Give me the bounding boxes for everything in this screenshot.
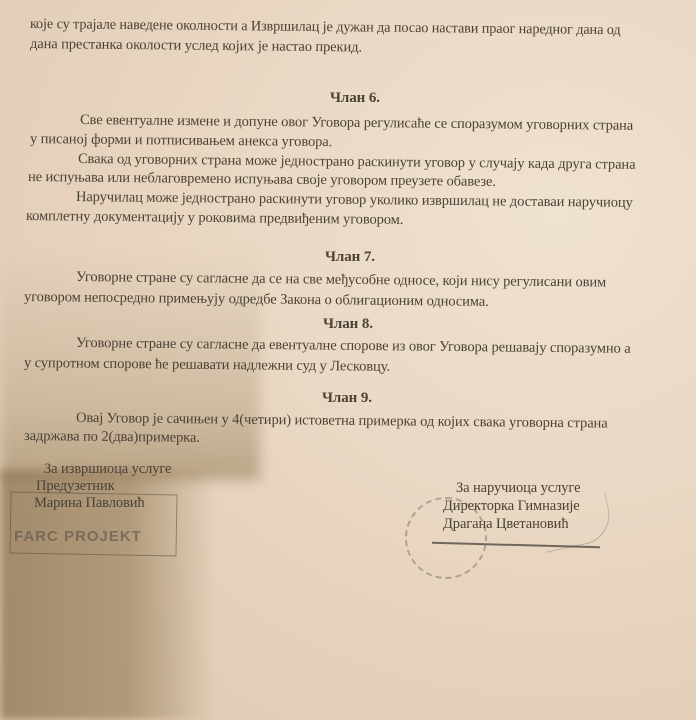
intro-line: дана престанка околости услед којих је н… <box>30 36 362 56</box>
company-stamp-text: FARC PROJEKT <box>14 528 142 545</box>
article-heading: Члан 9. <box>322 390 372 407</box>
article-line: у писаној форми и потписивањем анекса уг… <box>30 131 332 151</box>
client-role: За наручиоца услуге <box>456 480 580 497</box>
article-heading: Члан 8. <box>323 316 373 333</box>
company-stamp <box>9 492 177 557</box>
article-heading: Члан 6. <box>330 90 380 107</box>
article-heading: Члан 7. <box>325 249 375 266</box>
article-line: задржава по 2(два)примерка. <box>24 428 200 447</box>
contractor-role: За извршиоца услуге <box>44 461 171 478</box>
